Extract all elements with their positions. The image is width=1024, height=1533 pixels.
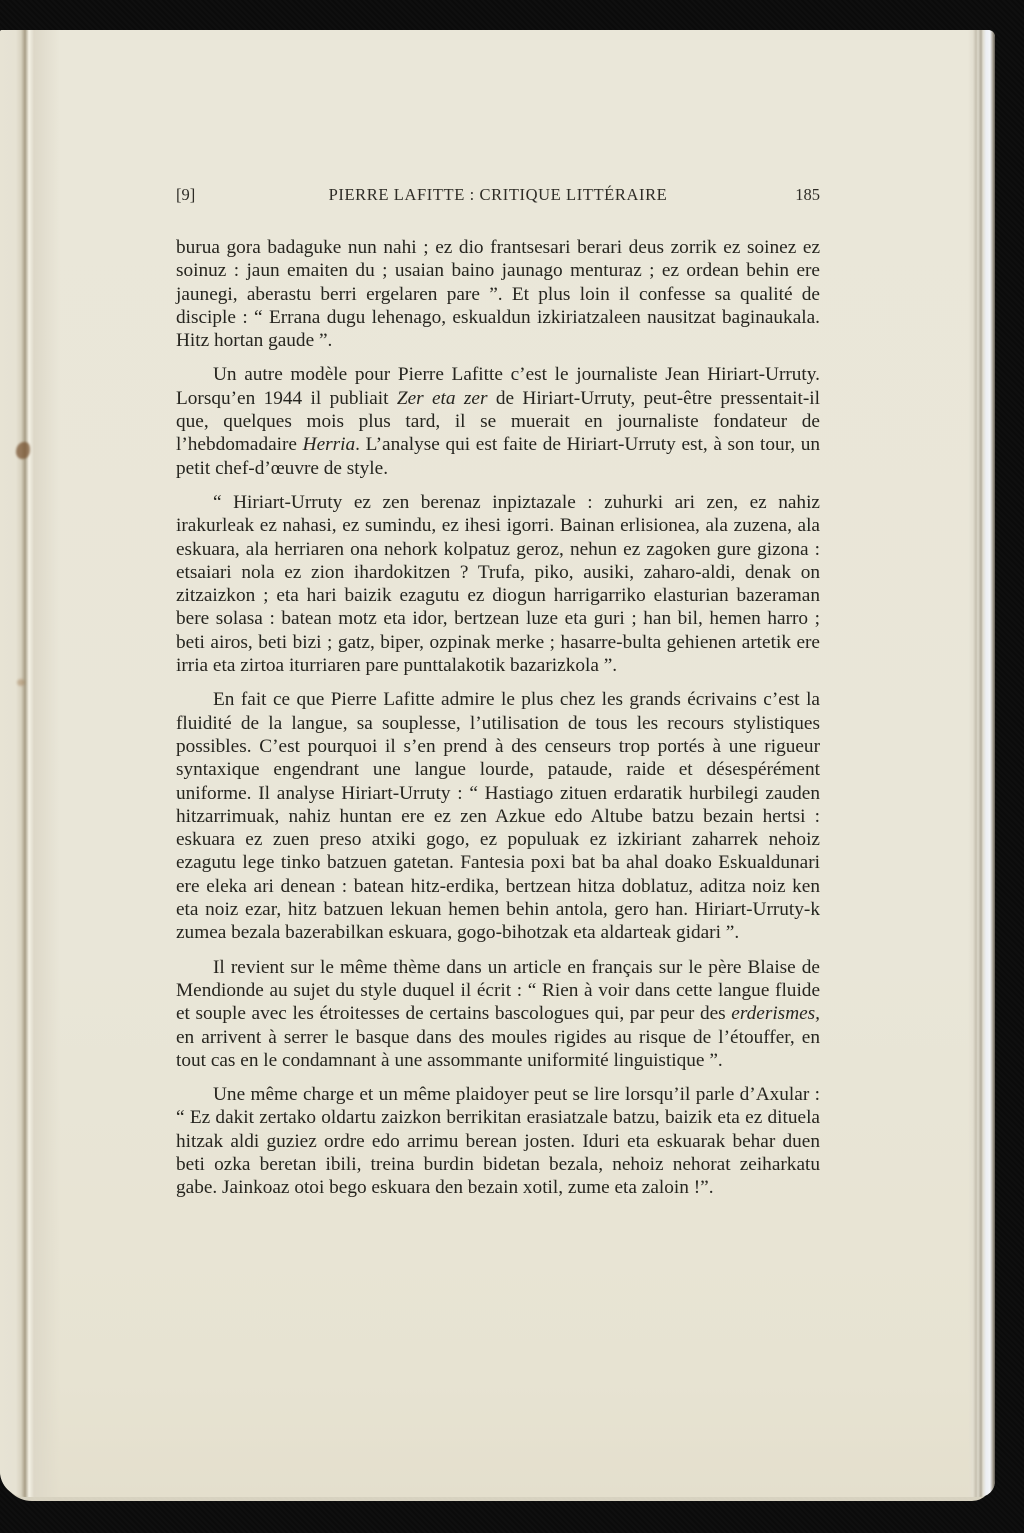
text-segment: Une même charge et un même plaidoyer peu… xyxy=(176,1084,820,1198)
page-body: burua gora badaguke nun nahi ; ez dio fr… xyxy=(176,236,820,1200)
page-stain xyxy=(17,679,25,686)
paragraph: En fait ce que Pierre Lafitte admire le … xyxy=(176,688,820,944)
text-segment: burua gora badaguke nun nahi ; ez dio fr… xyxy=(176,237,820,351)
paragraph: Une même charge et un même plaidoyer peu… xyxy=(176,1083,820,1199)
paragraph: Il revient sur le même thème dans un art… xyxy=(176,956,820,1072)
italic-text-segment: Zer eta zer xyxy=(397,388,488,409)
scan-background: [9] PIERRE LAFITTE : CRITIQUE LITTÉRAIRE… xyxy=(0,0,1024,1533)
text-segment: “ Hiriart-Urruty ez zen berenaz inpiztaz… xyxy=(176,492,820,676)
italic-text-segment: erderismes, xyxy=(731,1003,820,1024)
page-stain xyxy=(16,442,30,459)
paragraph: burua gora badaguke nun nahi ; ez dio fr… xyxy=(176,236,820,352)
italic-text-segment: Herria xyxy=(303,434,356,455)
page-stack-edges xyxy=(968,30,995,1497)
running-title: PIERRE LAFITTE : CRITIQUE LITTÉRAIRE xyxy=(176,185,820,205)
text-segment: en arrivent à serrer le basque dans des … xyxy=(176,1027,820,1071)
text-segment: Il revient sur le même thème dans un art… xyxy=(176,957,820,1025)
running-header: [9] PIERRE LAFITTE : CRITIQUE LITTÉRAIRE… xyxy=(176,185,820,209)
text-segment: En fait ce que Pierre Lafitte admire le … xyxy=(176,689,820,943)
book-gutter-shadow xyxy=(0,30,62,1497)
page-number: 185 xyxy=(795,185,820,205)
paragraph: “ Hiriart-Urruty ez zen berenaz inpiztaz… xyxy=(176,491,820,677)
paragraph: Un autre modèle pour Pierre Lafitte c’es… xyxy=(176,363,820,479)
